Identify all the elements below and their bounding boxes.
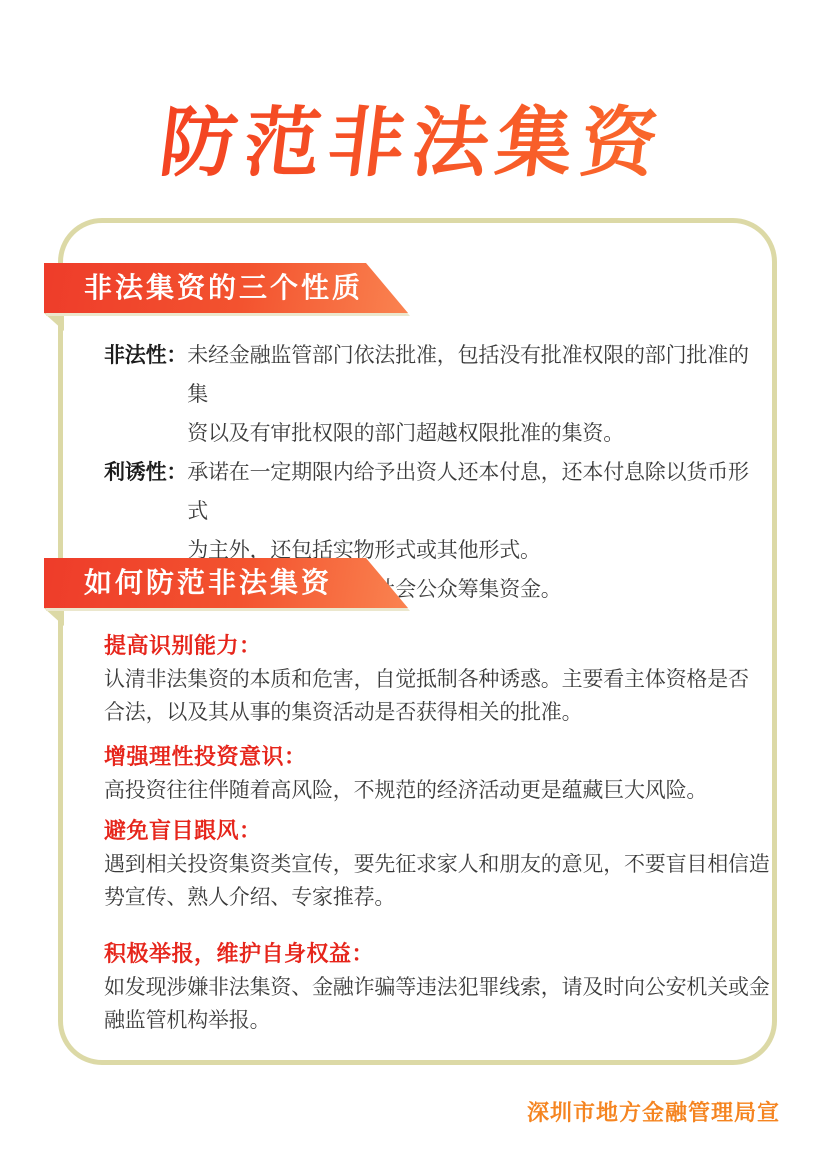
section2-ribbon: 如何防范非法集资: [44, 558, 408, 608]
tip-text: 认清非法集资的本质和危害，自觉抵制各种诱惑。主要看主体资格是否 合法，以及其从事…: [104, 663, 772, 729]
tip-heading: 积极举报，维护自身权益：: [104, 940, 772, 968]
tip-heading: 增强理性投资意识：: [104, 743, 772, 771]
section1-ribbon-title: 非法集资的三个性质: [44, 263, 408, 313]
tip-item: 积极举报，维护自身权益： 如发现涉嫌非法集资、金融诈骗等违法犯罪线索，请及时向公…: [104, 940, 772, 1037]
tip-text: 如发现涉嫌非法集资、金融诈骗等违法犯罪线索，请及时向公安机关或金 融监管机构举报…: [104, 971, 772, 1037]
section2-ribbon-title: 如何防范非法集资: [44, 558, 408, 608]
section1-ribbon: 非法集资的三个性质: [44, 263, 408, 313]
publisher-credit: 深圳市地方金融管理局宣: [527, 1096, 780, 1127]
poster-page: 防范非法集资 非法集资的三个性质 非法性： 未经金融监管部门依法批准，包括没有批…: [0, 0, 827, 1169]
tip-item: 避免盲目跟风： 遇到相关投资集资类宣传，要先征求家人和朋友的意见，不要盲目相信造…: [104, 817, 772, 914]
page-title: 防范非法集资: [0, 82, 827, 191]
definition-item: 利诱性： 承诺在一定期限内给予出资人还本付息，还本付息除以货币形式 为主外，还包…: [104, 453, 764, 570]
section2-body: 提高识别能力： 认清非法集资的本质和危害，自觉抵制各种诱惑。主要看主体资格是否 …: [104, 632, 772, 1051]
definition-text: 未经金融监管部门依法批准，包括没有批准权限的部门批准的集 资以及有审批权限的部门…: [187, 336, 764, 453]
tip-item: 增强理性投资意识： 高投资往往伴随着高风险，不规范的经济活动更是蕴藏巨大风险。: [104, 743, 772, 807]
tip-heading: 避免盲目跟风：: [104, 817, 772, 845]
definition-text: 承诺在一定期限内给予出资人还本付息，还本付息除以货币形式 为主外，还包括实物形式…: [187, 453, 764, 570]
tip-text: 高投资往往伴随着高风险，不规范的经济活动更是蕴藏巨大风险。: [104, 774, 772, 807]
section2-ribbon-fold: [44, 608, 64, 626]
definition-item: 非法性： 未经金融监管部门依法批准，包括没有批准权限的部门批准的集 资以及有审批…: [104, 336, 764, 453]
definition-label: 利诱性：: [104, 453, 187, 492]
tip-heading: 提高识别能力：: [104, 632, 772, 660]
tip-text: 遇到相关投资集资类宣传，要先征求家人和朋友的意见，不要盲目相信造 势宣传、熟人介…: [104, 848, 772, 914]
definition-label: 非法性：: [104, 336, 187, 375]
section1-ribbon-fold: [44, 313, 64, 331]
tip-item: 提高识别能力： 认清非法集资的本质和危害，自觉抵制各种诱惑。主要看主体资格是否 …: [104, 632, 772, 729]
